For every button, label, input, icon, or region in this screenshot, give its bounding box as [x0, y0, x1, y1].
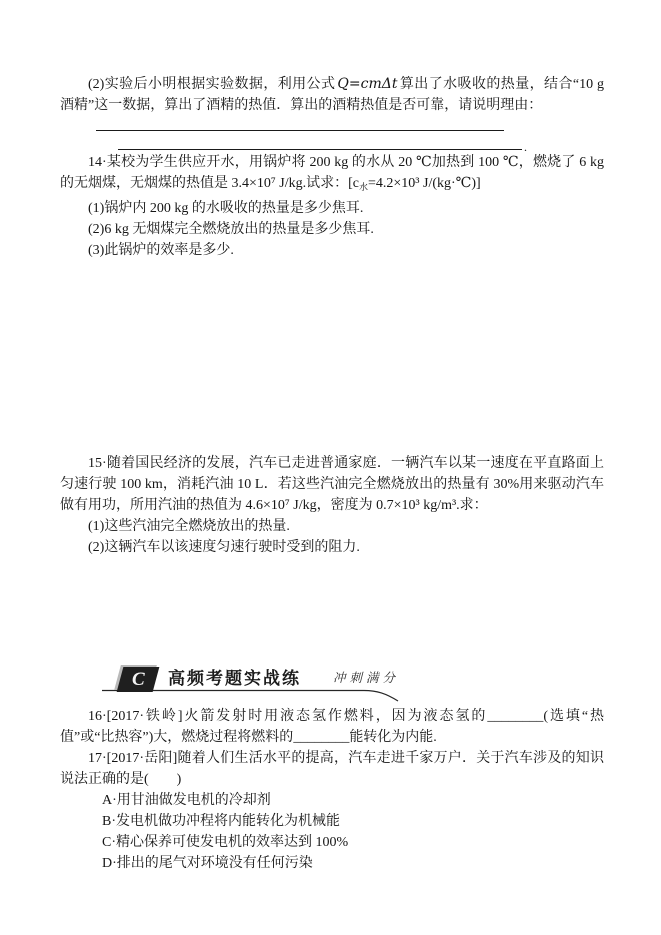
question-16-text: 16·[2017·铁岭]火箭发射时用液态氢作燃料，因为液态氢的________(…: [60, 706, 604, 748]
answer-blank-row-2: .: [118, 144, 604, 150]
q17-option-a: A·用甘油做发电机的冷却剂: [102, 790, 604, 811]
workspace-blank-area-2: [60, 558, 604, 664]
answer-blank-line-2: [118, 149, 522, 150]
q16-text-3: 能转化为内能.: [349, 730, 437, 745]
question-17-stem: 17·[2017·岳阳]随着人们生活水平的提高，汽车走进千家万户．关于汽车涉及的…: [60, 748, 604, 790]
q14-water-subscript: 水: [359, 182, 368, 192]
q16-fill-blank-2: ________: [293, 730, 349, 745]
question-14-stem: 14·某校为学生供应开水，用锅炉将 200 kg 的水从 20 ℃加热到 100…: [60, 152, 604, 198]
q17-option-c: C·精心保养可使发电机的效率达到 100%: [102, 832, 604, 853]
question-14-item-2: (2)6 kg 无烟煤完全燃烧放出的热量是多少焦耳.: [60, 219, 604, 240]
badge-letter: C: [132, 670, 145, 689]
q2-formula: Q=cmΔt: [335, 76, 399, 92]
workspace-blank-area-1: [60, 261, 604, 453]
section-banner: C 高频考题实战练 冲刺满分: [60, 664, 604, 698]
section-c-badge-icon: C: [117, 667, 160, 692]
question-15-stem: 15·随着国民经济的发展，汽车已走进普通家庭．一辆汽车以某一速度在平直路面上匀速…: [60, 453, 604, 516]
q2-prefix: (2)实验后小明根据实验数据，利用公式: [88, 77, 335, 92]
banner-title: 高频考题实战练: [168, 667, 301, 691]
worksheet-page: (2)实验后小明根据实验数据，利用公式Q=cmΔt算出了水吸收的热量，结合“10…: [0, 0, 661, 935]
question-15-item-2: (2)这辆汽车以该速度匀速行驶时受到的阻力.: [60, 537, 604, 558]
q16-text-1: 16·[2017·铁岭]火箭发射时用液态氢作燃料，因为液态氢的: [88, 709, 487, 724]
q14-stem-text: 14·某校为学生供应开水，用锅炉将 200 kg 的水从 20 ℃加热到 100…: [60, 155, 604, 191]
question-14-item-3: (3)此锅炉的效率是多少.: [60, 240, 604, 261]
answer-blank-line-1: [96, 130, 504, 131]
banner-slogan: 冲刺满分: [333, 669, 399, 687]
q17-option-d: D·排出的尾气对环境没有任何污染: [102, 853, 604, 874]
q16-fill-blank-1: ________: [487, 709, 543, 724]
q14-stem-text-2: =4.2×10³ J/(kg·℃)]: [368, 176, 481, 191]
q17-option-b: B·发电机做功冲程将内能转化为机械能: [102, 811, 604, 832]
question-2-text: (2)实验后小明根据实验数据，利用公式Q=cmΔt算出了水吸收的热量，结合“10…: [60, 74, 604, 116]
question-15-item-1: (1)这些汽油完全燃烧放出的热量.: [60, 516, 604, 537]
question-14-item-1: (1)锅炉内 200 kg 的水吸收的热量是多少焦耳.: [60, 198, 604, 219]
answer-blank-period: .: [524, 144, 527, 150]
